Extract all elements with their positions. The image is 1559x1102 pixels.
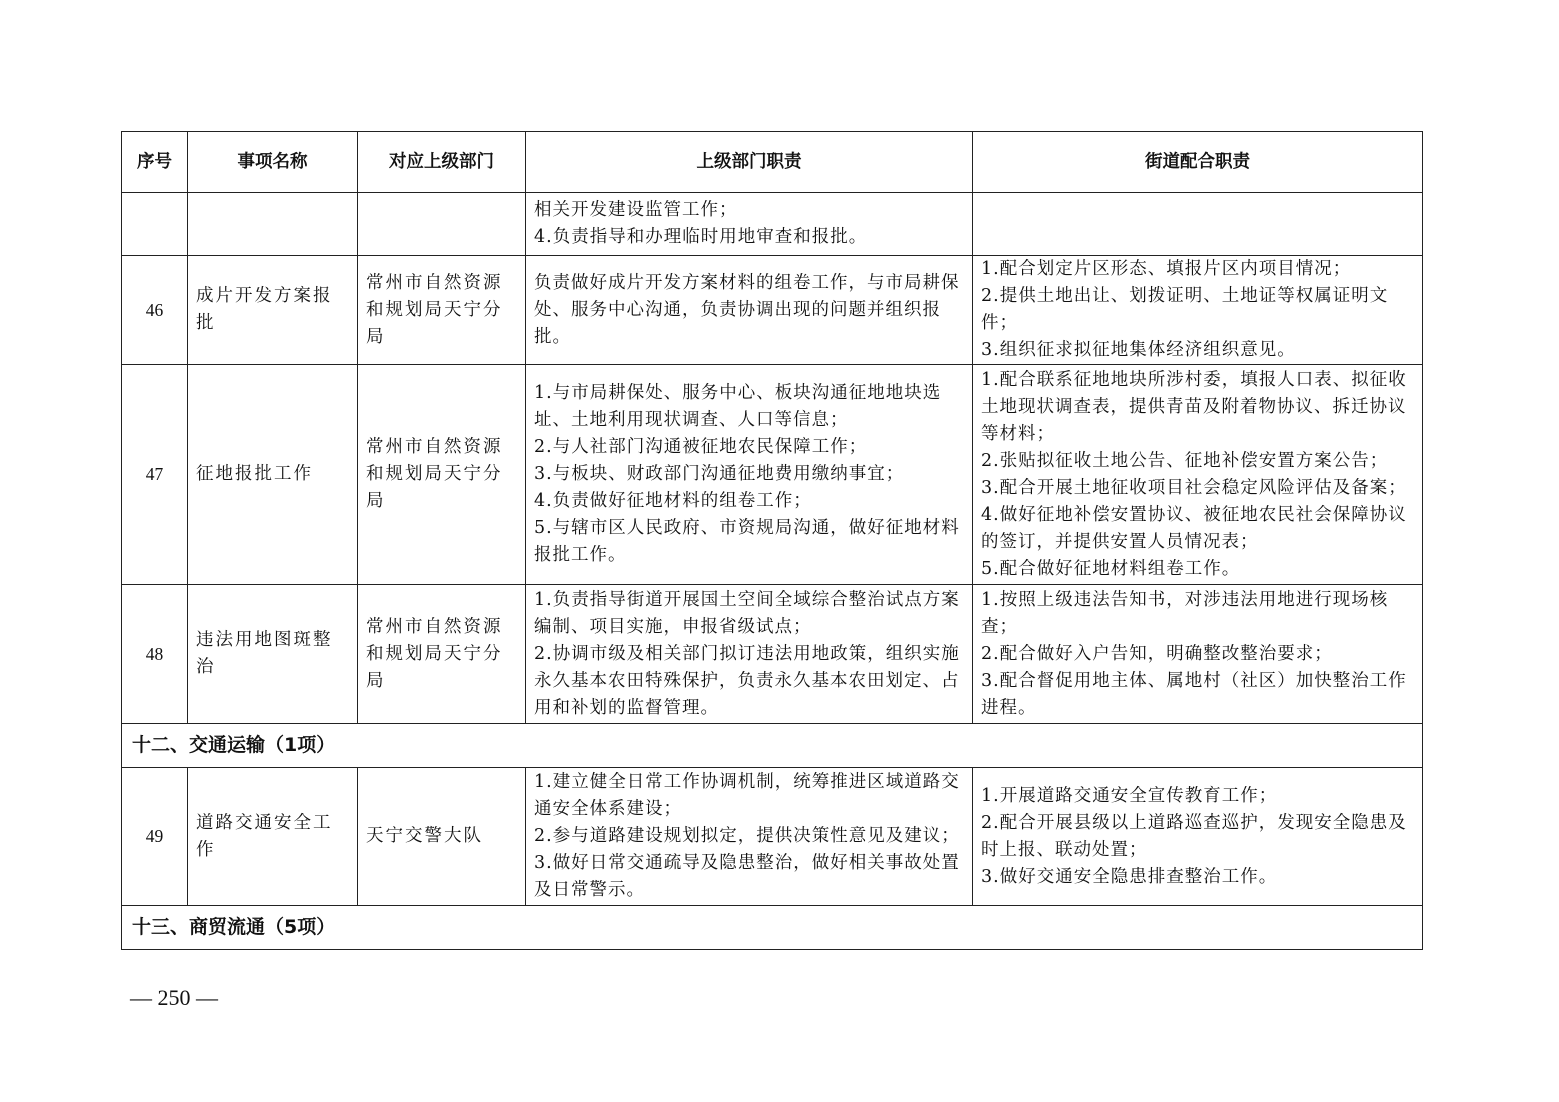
cell-num: 49	[122, 768, 188, 906]
duty-line: 相关开发建设监管工作；	[534, 197, 964, 224]
section-title: 十二、交通运输（1项）	[122, 724, 1423, 768]
cell-num: 46	[122, 256, 188, 365]
duty-line: 2.提供土地出让、划拨证明、土地证等权属证明文件；	[981, 283, 1414, 337]
duty-table: 序号 事项名称 对应上级部门 上级部门职责 街道配合职责 相关开发建设监管工作；…	[121, 131, 1423, 950]
table-header-row: 序号 事项名称 对应上级部门 上级部门职责 街道配合职责	[122, 132, 1423, 193]
duty-line: 3.与板块、财政部门沟通征地费用缴纳事宜；	[534, 461, 964, 488]
section-title: 十三、商贸流通（5项）	[122, 906, 1423, 950]
duty-line: 2.与人社部门沟通被征地农民保障工作；	[534, 434, 964, 461]
cell-street-duty: 1.按照上级违法告知书，对涉违法用地进行现场核查； 2.配合做好入户告知，明确整…	[973, 585, 1423, 724]
duty-line: 1.配合联系征地地块所涉村委，填报人口表、拟征收土地现状调查表，提供青苗及附着物…	[981, 367, 1414, 448]
duty-line: 2.参与道路建设规划拟定，提供决策性意见及建议；	[534, 823, 964, 850]
cell-num	[122, 193, 188, 256]
header-street-duty: 街道配合职责	[973, 132, 1423, 193]
section-row-13: 十三、商贸流通（5项）	[122, 906, 1423, 950]
duty-line: 2.协调市级及相关部门拟订违法用地政策，组织实施永久基本农田特殊保护，负责永久基…	[534, 641, 964, 722]
duty-line: 3.做好日常交通疏导及隐患整治，做好相关事故处置及日常警示。	[534, 850, 964, 904]
cell-dept: 天宁交警大队	[358, 768, 526, 906]
duty-line: 4.做好征地补偿安置协议、被征地农民社会保障协议的签订，并提供安置人员情况表；	[981, 502, 1414, 556]
header-upper-duty: 上级部门职责	[526, 132, 973, 193]
cell-num: 48	[122, 585, 188, 724]
duty-line: 2.配合开展县级以上道路巡查巡护，发现安全隐患及时上报、联动处置；	[981, 810, 1414, 864]
duty-line: 3.做好交通安全隐患排查整治工作。	[981, 864, 1414, 891]
duty-line: 5.与辖市区人民政府、市资规局沟通，做好征地材料报批工作。	[534, 515, 964, 569]
duty-line: 负责做好成片开发方案材料的组卷工作，与市局耕保处、服务中心沟通，负责协调出现的问…	[534, 270, 964, 351]
cell-name: 违法用地图斑整治	[188, 585, 358, 724]
duty-line: 1.负责指导街道开展国土空间全域综合整治试点方案编制、项目实施，申报省级试点；	[534, 587, 964, 641]
table-row: 46 成片开发方案报批 常州市自然资源和规划局天宁分局 负责做好成片开发方案材料…	[122, 256, 1423, 365]
table-row: 47 征地报批工作 常州市自然资源和规划局天宁分局 1.与市局耕保处、服务中心、…	[122, 365, 1423, 585]
duty-line: 3.配合督促用地主体、属地村（社区）加快整治工作进程。	[981, 668, 1414, 722]
table-row: 48 违法用地图斑整治 常州市自然资源和规划局天宁分局 1.负责指导街道开展国土…	[122, 585, 1423, 724]
table-row-continued: 相关开发建设监管工作； 4.负责指导和办理临时用地审查和报批。	[122, 193, 1423, 256]
cell-street-duty: 1.配合划定片区形态、填报片区内项目情况； 2.提供土地出让、划拨证明、土地证等…	[973, 256, 1423, 365]
cell-dept: 常州市自然资源和规划局天宁分局	[358, 365, 526, 585]
cell-upper-duty: 相关开发建设监管工作； 4.负责指导和办理临时用地审查和报批。	[526, 193, 973, 256]
duty-line: 4.负责指导和办理临时用地审查和报批。	[534, 224, 964, 251]
duty-line: 1.建立健全日常工作协调机制，统筹推进区域道路交通安全体系建设；	[534, 769, 964, 823]
duty-line: 1.按照上级违法告知书，对涉违法用地进行现场核查；	[981, 587, 1414, 641]
header-item-name: 事项名称	[188, 132, 358, 193]
table-row: 49 道路交通安全工作 天宁交警大队 1.建立健全日常工作协调机制，统筹推进区域…	[122, 768, 1423, 906]
duty-line: 3.配合开展土地征收项目社会稳定风险评估及备案；	[981, 475, 1414, 502]
cell-dept	[358, 193, 526, 256]
page-number: — 250 —	[130, 985, 218, 1011]
cell-name: 成片开发方案报批	[188, 256, 358, 365]
cell-street-duty: 1.开展道路交通安全宣传教育工作； 2.配合开展县级以上道路巡查巡护，发现安全隐…	[973, 768, 1423, 906]
duty-line: 4.负责做好征地材料的组卷工作；	[534, 488, 964, 515]
cell-street-duty: 1.配合联系征地地块所涉村委，填报人口表、拟征收土地现状调查表，提供青苗及附着物…	[973, 365, 1423, 585]
cell-upper-duty: 1.建立健全日常工作协调机制，统筹推进区域道路交通安全体系建设； 2.参与道路建…	[526, 768, 973, 906]
cell-dept: 常州市自然资源和规划局天宁分局	[358, 585, 526, 724]
duty-line: 5.配合做好征地材料组卷工作。	[981, 556, 1414, 583]
cell-name: 征地报批工作	[188, 365, 358, 585]
cell-num: 47	[122, 365, 188, 585]
section-row-12: 十二、交通运输（1项）	[122, 724, 1423, 768]
duty-line: 2.配合做好入户告知，明确整改整治要求；	[981, 641, 1414, 668]
cell-upper-duty: 1.负责指导街道开展国土空间全域综合整治试点方案编制、项目实施，申报省级试点； …	[526, 585, 973, 724]
header-num: 序号	[122, 132, 188, 193]
cell-street-duty	[973, 193, 1423, 256]
duty-line: 1.开展道路交通安全宣传教育工作；	[981, 783, 1414, 810]
duty-line: 1.配合划定片区形态、填报片区内项目情况；	[981, 256, 1414, 283]
cell-upper-duty: 1.与市局耕保处、服务中心、板块沟通征地地块选址、土地利用现状调查、人口等信息；…	[526, 365, 973, 585]
header-upper-dept: 对应上级部门	[358, 132, 526, 193]
duty-line: 1.与市局耕保处、服务中心、板块沟通征地地块选址、土地利用现状调查、人口等信息；	[534, 380, 964, 434]
cell-name: 道路交通安全工作	[188, 768, 358, 906]
duty-line: 2.张贴拟征收土地公告、征地补偿安置方案公告；	[981, 448, 1414, 475]
duty-line: 3.组织征求拟征地集体经济组织意见。	[981, 337, 1414, 364]
cell-name	[188, 193, 358, 256]
cell-dept: 常州市自然资源和规划局天宁分局	[358, 256, 526, 365]
cell-upper-duty: 负责做好成片开发方案材料的组卷工作，与市局耕保处、服务中心沟通，负责协调出现的问…	[526, 256, 973, 365]
